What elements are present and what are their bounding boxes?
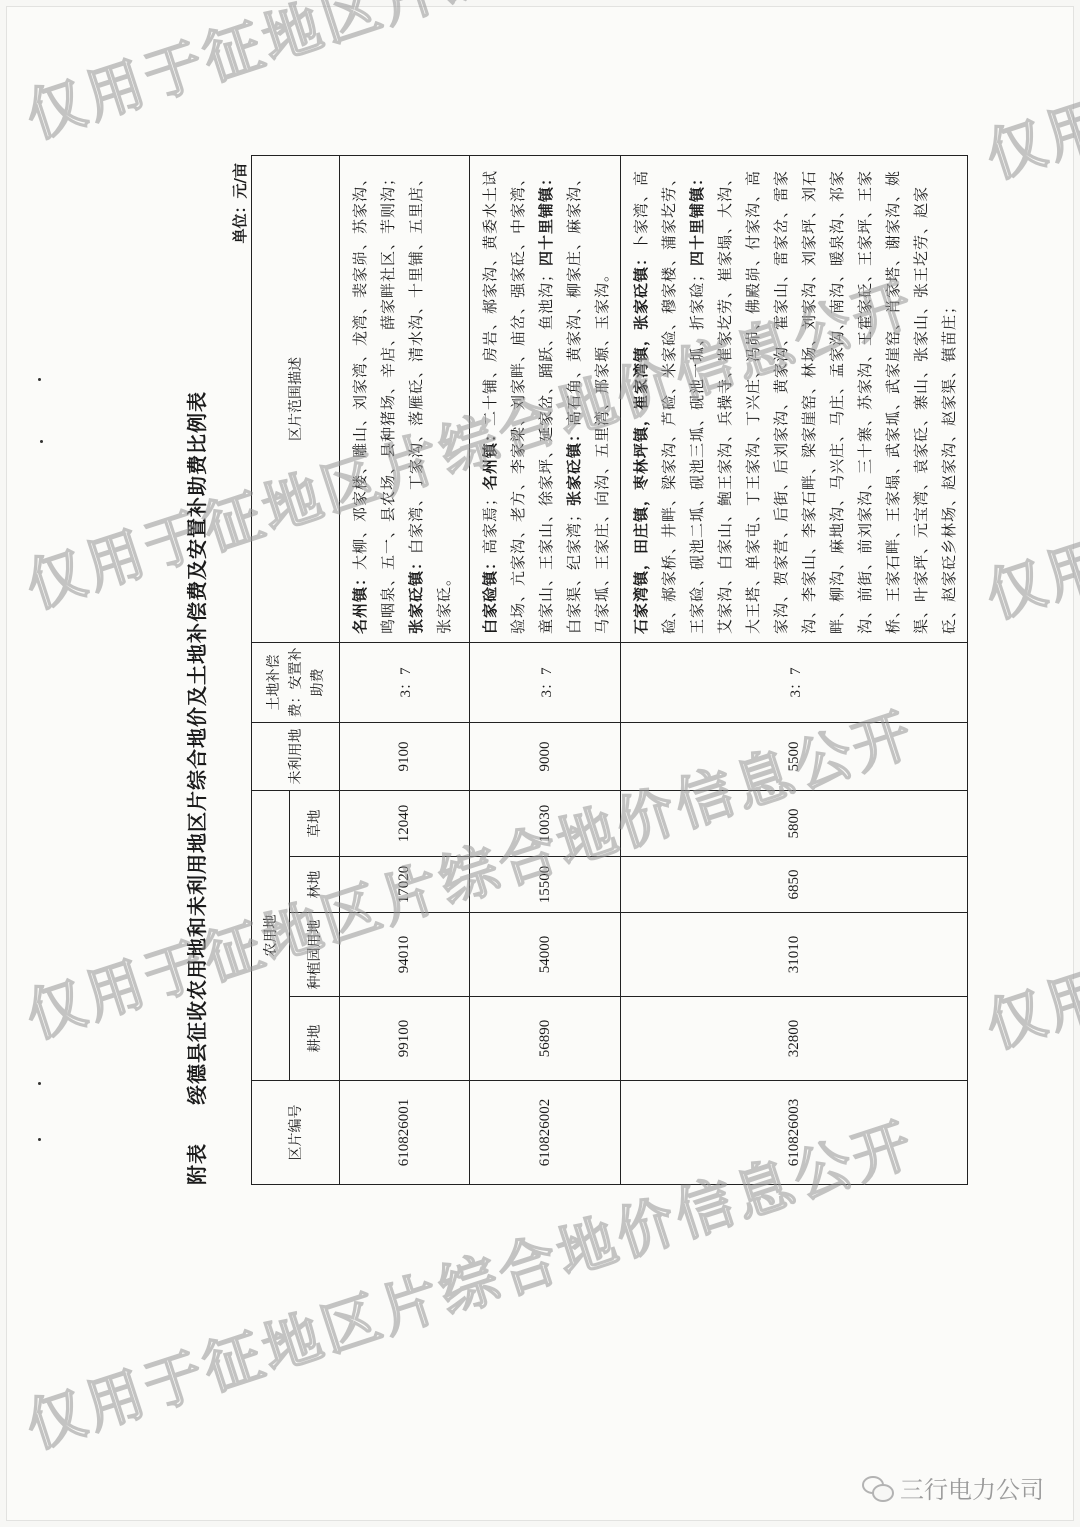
cell-unused: 5500 — [621, 723, 968, 791]
table-row: 61082600332800310106850580055003：7石家湾镇，田… — [621, 156, 968, 1185]
document-title-bar: 附表 绥德县征收农用地和未利用地区片综合地价及土地补偿费及安置补助费比例表 — [175, 155, 219, 1295]
cell-plantation: 54000 — [470, 913, 621, 997]
cell-zone-id: 610826003 — [621, 1081, 968, 1185]
cell-forest: 15500 — [470, 857, 621, 913]
header-agricultural-land: 农用地 — [252, 791, 290, 1081]
town-name: 四十里铺镇： — [688, 170, 706, 266]
cell-zone-id: 610826002 — [470, 1081, 621, 1185]
town-name: 枣林坪镇，崔家湾镇，张家砭镇： — [632, 250, 650, 490]
brand-name: 三行电力公司 — [900, 1470, 1044, 1505]
cell-ratio: 3：7 — [621, 643, 968, 723]
cell-grassland: 5800 — [621, 791, 968, 857]
village-list: 大柳、邓家楼、雕山、刘家湾、龙湾、裴家峁、苏家沟、鸣咽泉、五一、县农场、县种猪场… — [351, 170, 397, 634]
cell-description: 名州镇：大柳、邓家楼、雕山、刘家湾、龙湾、裴家峁、苏家沟、鸣咽泉、五一、县农场、… — [340, 156, 470, 643]
header-grassland: 草地 — [290, 791, 340, 857]
unit-label: 单位：元/亩 — [229, 163, 250, 243]
village-list: 高家焉； — [481, 490, 499, 554]
header-unused-land: 未利用地 — [252, 723, 340, 791]
village-list: 艾家沟、白家山、鲍王家沟、兵操寺、崔家圪劳、崔家塌、大沟、大王塔、单家屯、丁王家… — [716, 170, 958, 634]
cell-unused: 9000 — [470, 723, 621, 791]
wechat-icon — [862, 1476, 892, 1500]
cell-zone-id: 610826001 — [340, 1081, 470, 1185]
rotated-document: 附表 绥德县征收农用地和未利用地区片综合地价及土地补偿费及安置补助费比例表 单位… — [175, 155, 895, 1295]
scan-dot — [38, 378, 41, 381]
appendix-label: 附表 — [181, 1143, 210, 1185]
cell-plantation: 31010 — [621, 913, 968, 997]
town-name: 石家湾镇，田庄镇， — [632, 490, 650, 634]
scan-dot — [38, 1082, 41, 1085]
cell-cultivated: 32800 — [621, 997, 968, 1081]
cell-description: 石家湾镇，田庄镇，枣林坪镇，崔家湾镇，张家砭镇：卜家湾、高硷、郝家桥、井畔、梁家… — [621, 156, 968, 643]
cell-forest: 6850 — [621, 857, 968, 913]
town-name: 张家砭镇： — [565, 426, 583, 506]
town-name: 名州镇： — [351, 570, 369, 634]
cell-description: 白家硷镇：高家焉；名州镇：二十铺、房岩、郝家沟、黄委水土试验场、亢家沟、老方、李… — [470, 156, 621, 643]
document-title: 绥德县征收农用地和未利用地区片综合地价及土地补偿费及安置补助费比例表 — [181, 391, 210, 1105]
table-row: 6108260019910094010170201204091003：7名州镇：… — [340, 156, 470, 1185]
cell-ratio: 3：7 — [340, 643, 470, 723]
header-forest: 林地 — [290, 857, 340, 913]
cell-cultivated: 99100 — [340, 997, 470, 1081]
header-cultivated: 耕地 — [290, 997, 340, 1081]
cell-cultivated: 56890 — [470, 997, 621, 1081]
header-plantation: 种植园用地 — [290, 913, 340, 997]
town-name: 白家硷镇： — [481, 554, 499, 634]
scan-dot — [38, 1138, 41, 1141]
cell-forest: 17020 — [340, 857, 470, 913]
header-zone-id: 区片编号 — [252, 1081, 340, 1185]
cell-grassland: 12040 — [340, 791, 470, 857]
table-body: 6108260019910094010170201204091003：7名州镇：… — [340, 156, 968, 1185]
town-name: 名州镇： — [481, 426, 499, 490]
land-price-table: 区片编号 农用地 未利用地 土地补偿费：安置补助费 区片范围描述 耕地 种植园用… — [251, 155, 968, 1185]
town-name: 张家砭镇： — [407, 554, 425, 634]
cell-ratio: 3：7 — [470, 643, 621, 723]
cell-plantation: 94010 — [340, 913, 470, 997]
brand-badge: 三行电力公司 — [862, 1470, 1044, 1505]
header-ratio: 土地补偿费：安置补助费 — [252, 643, 340, 723]
town-name: 四十里铺镇： — [537, 170, 555, 266]
scan-dot — [40, 440, 43, 443]
header-description: 区片范围描述 — [252, 156, 340, 643]
table-row: 6108260025689054000155001003090003：7白家硷镇… — [470, 156, 621, 1185]
cell-unused: 9100 — [340, 723, 470, 791]
village-list: 白家渠、纪家湾； — [565, 506, 583, 634]
cell-grassland: 10030 — [470, 791, 621, 857]
